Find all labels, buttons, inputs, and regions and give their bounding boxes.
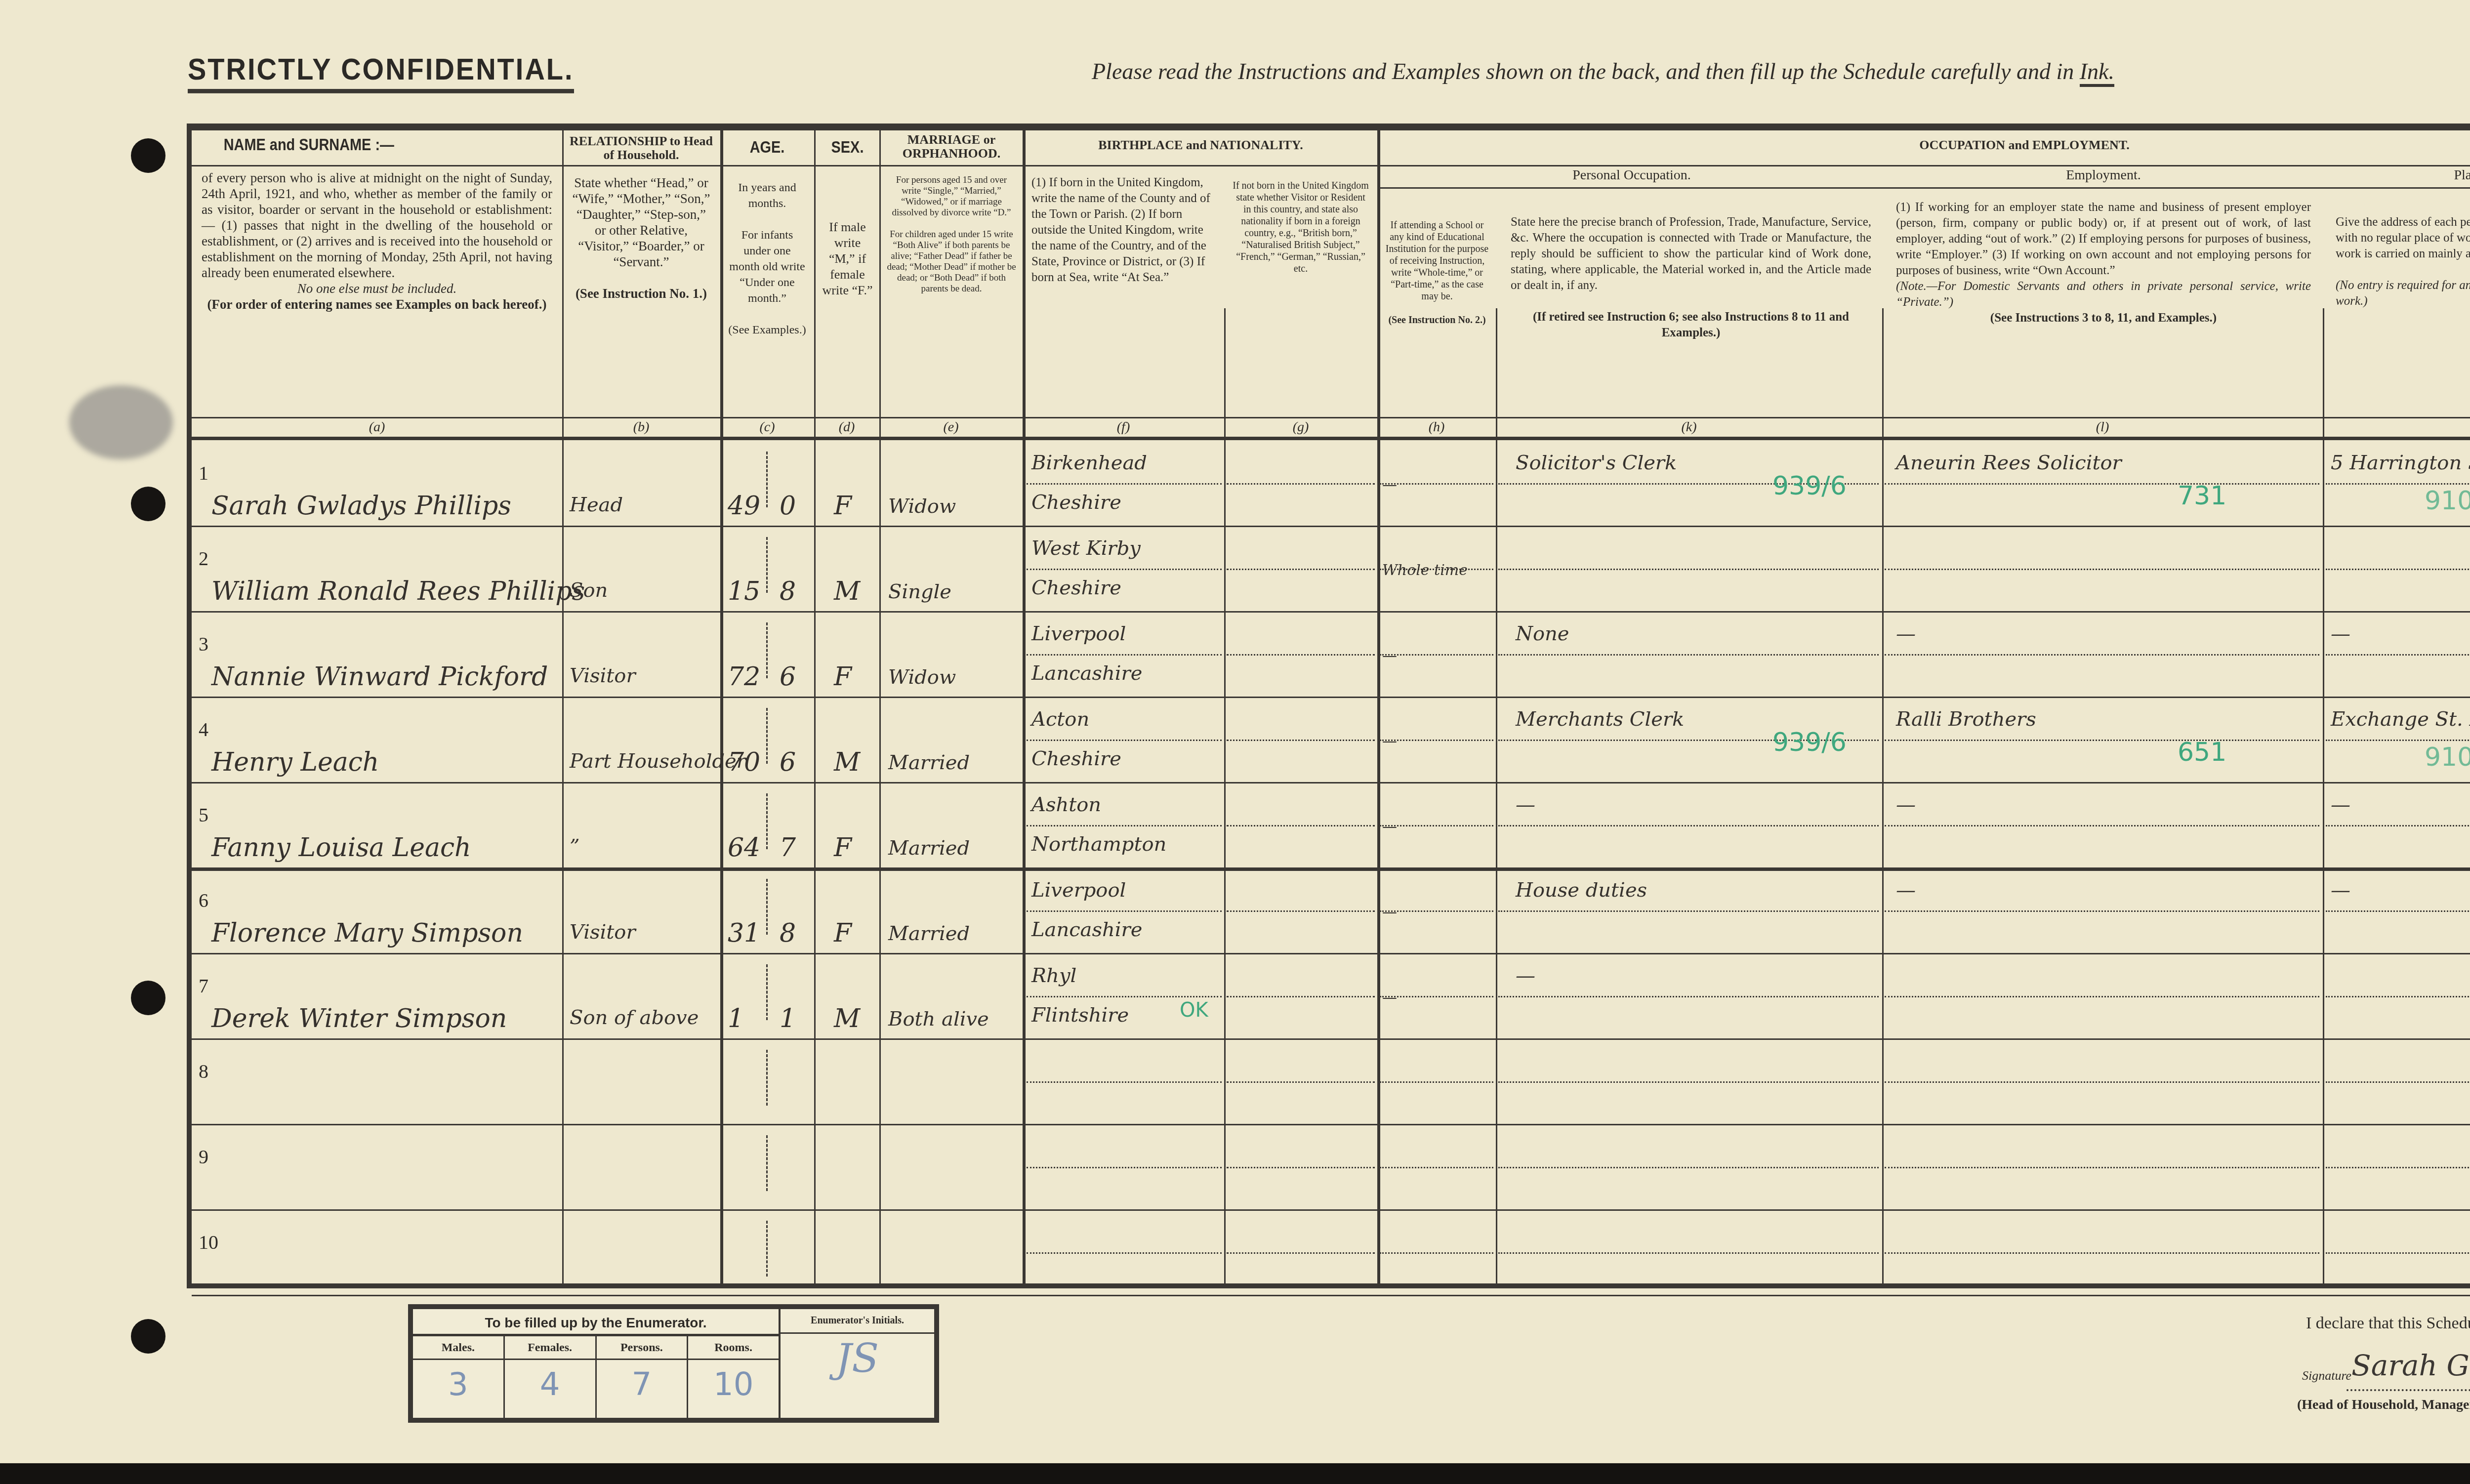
signature-line	[2346, 1389, 2470, 1391]
relationship[interactable]: Head	[570, 494, 623, 516]
school-attendance[interactable]: —	[1382, 989, 1397, 1006]
birth-town[interactable]: Rhyl	[1031, 964, 1076, 987]
personal-occupation[interactable]: House duties	[1516, 879, 1647, 902]
relationship[interactable]: Son	[570, 579, 608, 602]
workplace-code: 910012	[2425, 742, 2470, 772]
birth-county[interactable]: Flintshire	[1031, 1004, 1129, 1027]
age-months[interactable]: 1	[780, 1004, 796, 1033]
binder-hole	[131, 138, 165, 173]
header-marriage: MARRIAGE or ORPHANHOOD.	[882, 133, 1021, 161]
page-title: STRICTLY CONFIDENTIAL.	[188, 51, 574, 93]
place-of-work[interactable]: Exchange St. East	[2331, 708, 2470, 731]
relationship[interactable]: Son of above	[570, 1006, 699, 1029]
rooms-count[interactable]: 10	[688, 1360, 779, 1418]
signature-field[interactable]: Sarah Gwladys Phillips	[2351, 1349, 2470, 1382]
age-years[interactable]: 1	[728, 1004, 744, 1033]
age-months[interactable]: 7	[780, 833, 796, 863]
sex[interactable]: F	[834, 662, 852, 692]
row-number: 7	[199, 974, 208, 997]
relationship[interactable]: Part Householder	[570, 750, 746, 773]
household-table: NAME and SURNAME :— of every person who …	[187, 124, 2470, 1288]
water-stain	[69, 385, 173, 459]
age-months[interactable]: 6	[780, 747, 796, 777]
age-months[interactable]: 0	[780, 491, 796, 521]
employer[interactable]: Aneurin Rees Solicitor	[1896, 452, 2122, 474]
school-attendance[interactable]: —	[1382, 647, 1397, 664]
relationship[interactable]: Visitor	[570, 664, 636, 687]
sex[interactable]: M	[834, 1004, 860, 1033]
header-age: AGE.	[730, 138, 805, 157]
header-personal-occupation: Personal Occupation.	[1382, 167, 1881, 183]
binder-hole	[131, 1319, 165, 1354]
row-number: 3	[199, 632, 208, 656]
sex[interactable]: F	[834, 833, 852, 863]
person-name[interactable]: Fanny Louisa Leach	[211, 833, 471, 863]
header-name: NAME and SURNAME :—	[197, 135, 557, 165]
header-birthplace: BIRTHPLACE and NATIONALITY.	[1027, 138, 1375, 153]
school-attendance[interactable]: —	[1382, 818, 1397, 835]
census-schedule-page: STRICTLY CONFIDENTIAL. Please read the I…	[0, 0, 2470, 1462]
relationship[interactable]: Visitor	[570, 921, 636, 944]
place-of-work[interactable]: —	[2331, 622, 2350, 645]
personal-occupation[interactable]: Solicitor's Clerk	[1516, 452, 1677, 474]
birth-town[interactable]: Liverpool	[1031, 622, 1126, 645]
birth-town[interactable]: West Kirby	[1031, 537, 1141, 560]
school-attendance[interactable]: —	[1382, 733, 1397, 750]
age-years[interactable]: 15	[728, 577, 760, 606]
occupation-code: 939/6	[1772, 728, 1847, 757]
age-months[interactable]: 6	[780, 662, 796, 692]
enumerator-summary-box: To be filled up by the Enumerator. Males…	[408, 1304, 939, 1423]
age-years[interactable]: 49	[728, 491, 760, 521]
birth-county[interactable]: Northampton	[1031, 833, 1166, 856]
school-attendance[interactable]: Whole time	[1382, 562, 1468, 579]
birth-county[interactable]: Lancashire	[1031, 662, 1142, 685]
declaration-text: I declare that this Schedule is correctl…	[2306, 1314, 2470, 1333]
birthplace-check: OK	[1180, 999, 1208, 1022]
employer-code: 651	[2178, 738, 2226, 767]
place-of-work[interactable]: —	[2331, 793, 2350, 816]
persons-count[interactable]: 7	[597, 1360, 687, 1418]
enumerator-initials[interactable]: JS	[781, 1334, 934, 1383]
person-name[interactable]: Derek Winter Simpson	[211, 1004, 507, 1033]
header-place-of-work: Place of Work.	[2326, 167, 2470, 183]
header-relationship: RELATIONSHIP to Head of Household.	[565, 134, 718, 165]
personal-occupation[interactable]: None	[1516, 622, 1569, 645]
birth-county[interactable]: Cheshire	[1031, 747, 1121, 770]
marital-status[interactable]: Widow	[888, 495, 956, 518]
age-years[interactable]: 64	[728, 833, 760, 863]
person-name[interactable]: Nannie Winward Pickford	[211, 662, 548, 692]
marital-status[interactable]: Married	[888, 922, 970, 945]
fill-instructions: Please read the Instructions and Example…	[1092, 58, 2114, 84]
row-number: 8	[199, 1060, 208, 1083]
row-number: 10	[199, 1231, 218, 1254]
birth-town[interactable]: Birkenhead	[1031, 452, 1147, 474]
signature-note: (Head of Household, Manager of Establish…	[2297, 1397, 2470, 1413]
birth-town[interactable]: Ashton	[1031, 793, 1101, 816]
place-of-work[interactable]: 5 Harrington St. Liverpool	[2331, 452, 2470, 474]
marital-status[interactable]: Both alive	[888, 1008, 989, 1031]
person-name[interactable]: Henry Leach	[211, 747, 379, 777]
workplace-code: 910029	[2425, 486, 2470, 516]
person-name[interactable]: Florence Mary Simpson	[211, 918, 523, 948]
birth-town[interactable]: Liverpool	[1031, 879, 1126, 902]
row-number: 6	[199, 889, 208, 912]
personal-occupation[interactable]: —	[1516, 964, 1535, 987]
occupation-code: 939/6	[1772, 471, 1847, 501]
binder-hole	[131, 487, 165, 521]
age-years[interactable]: 72	[728, 662, 760, 692]
relationship[interactable]: ”	[570, 835, 579, 858]
row-number: 2	[199, 547, 208, 570]
sex[interactable]: F	[834, 918, 852, 948]
header-occupation: OCCUPATION and EMPLOYMENT.	[1382, 138, 2470, 153]
header-name-instructions: of every person who is alive at midnight…	[197, 170, 557, 417]
personal-occupation[interactable]: —	[1516, 793, 1535, 816]
birth-county[interactable]: Cheshire	[1031, 577, 1121, 599]
row-number: 5	[199, 803, 208, 826]
employer-code: 731	[2178, 481, 2226, 511]
row-number: 1	[199, 461, 208, 485]
birth-county[interactable]: Lancashire	[1031, 918, 1142, 941]
age-months[interactable]: 8	[780, 577, 796, 606]
employer[interactable]: —	[1896, 622, 1916, 645]
place-of-work[interactable]: —	[2331, 879, 2350, 902]
marital-status[interactable]: Single	[888, 580, 951, 603]
personal-occupation[interactable]: Merchants Clerk	[1516, 708, 1684, 731]
row-number: 9	[199, 1145, 208, 1168]
sex[interactable]: M	[834, 577, 860, 606]
sex[interactable]: M	[834, 747, 860, 777]
binder-hole	[131, 981, 165, 1015]
employer[interactable]: Ralli Brothers	[1896, 708, 2036, 731]
employer[interactable]: —	[1896, 793, 1916, 816]
employer[interactable]: —	[1896, 879, 1916, 902]
females-count[interactable]: 4	[505, 1360, 595, 1418]
birth-county[interactable]: Cheshire	[1031, 491, 1121, 514]
school-attendance[interactable]: —	[1382, 476, 1397, 494]
header-sex: SEX.	[821, 138, 873, 157]
marital-status[interactable]: Married	[888, 751, 970, 774]
age-months[interactable]: 8	[780, 918, 796, 948]
age-years[interactable]: 70	[728, 747, 760, 777]
person-name[interactable]: William Ronald Rees Phillips	[211, 577, 585, 606]
age-years[interactable]: 31	[728, 918, 760, 948]
marital-status[interactable]: Widow	[888, 666, 956, 689]
males-count[interactable]: 3	[413, 1360, 503, 1418]
person-name[interactable]: Sarah Gwladys Phillips	[211, 491, 511, 521]
school-attendance[interactable]: —	[1382, 904, 1397, 921]
row-number: 4	[199, 718, 208, 741]
scan-edge	[0, 1463, 2470, 1484]
header-employment: Employment.	[1886, 167, 2321, 183]
birth-town[interactable]: Acton	[1031, 708, 1089, 731]
sex[interactable]: F	[834, 491, 852, 521]
marital-status[interactable]: Married	[888, 837, 970, 860]
